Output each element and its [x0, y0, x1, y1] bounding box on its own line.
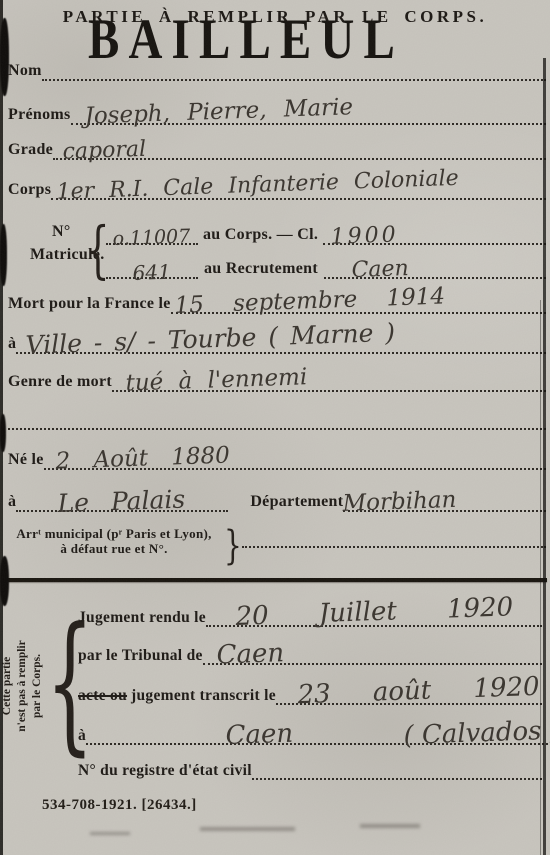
mort-lieu-line: Ville - s/ - Tourbe ( Marne ) — [16, 330, 546, 355]
tribunal-row: par le Tribunal de Caen — [78, 633, 542, 665]
mort-lieu-value: Ville - s/ - Tourbe ( Marne ) — [16, 321, 396, 357]
field-row-ne-lieu: à Le Palais Département Morbihan — [8, 480, 546, 512]
continuation-line-row — [8, 400, 546, 430]
smudge — [90, 832, 130, 835]
grade-value: caporal — [52, 140, 146, 163]
tribunal-line: Caen — [203, 640, 542, 665]
arr-row — [242, 518, 546, 548]
field-row-prenoms: Prénoms Joseph, Pierre, Marie — [8, 95, 546, 125]
grade-line: caporal — [53, 138, 546, 160]
jugement-rendu-row: Jugement rendu le 20 Juillet 1920 — [78, 595, 542, 627]
sidebar-note-line1: Cette partie — [0, 610, 15, 762]
classe-line: 1900 — [323, 223, 546, 245]
nom-line — [42, 71, 546, 81]
field-row-mort: Mort pour la France le 15 septembre 1914 — [8, 284, 546, 314]
transcrit-lieu-row: à Caen ( Calvados ) — [78, 713, 542, 745]
ne-lieu-value: Le Palais — [58, 488, 186, 515]
matricule-recrutement-row: 641 au Recrutement Caen — [106, 249, 546, 279]
scan-blob — [0, 414, 6, 452]
ne-date-value: 2 Août 1880 — [43, 446, 230, 473]
classe-value: 1900 — [322, 226, 399, 248]
jugement-rendu-value: 20 Juillet 1920 — [205, 596, 513, 630]
smudge — [360, 824, 420, 828]
jugement-rendu-line: 20 Juillet 1920 — [206, 602, 542, 627]
matricule-corps-value: o.11007 — [113, 228, 191, 248]
matricule-label-no: N° — [52, 224, 71, 242]
arr-label-line2: à défaut rue et N°. — [8, 542, 220, 557]
registre-line — [252, 770, 542, 780]
prenoms-value: Joseph, Pierre, Marie — [70, 97, 353, 128]
matricule-corps-row: o.11007 au Corps. — Cl. 1900 — [106, 215, 546, 245]
arr-label-line1: Arrᵗ municipal (pʳ Paris et Lyon), — [8, 527, 220, 542]
transcrit-row: acte ou jugement transcrit le 23 août 19… — [78, 673, 542, 705]
departement-line: Morbihan — [343, 489, 546, 512]
field-row-grade: Grade caporal — [8, 130, 546, 160]
transcrit-dept-value: ( Calvados ) — [403, 719, 550, 748]
transcrit-value: 23 août 1920 — [275, 675, 540, 708]
matricule-corps-line: o.11007 — [106, 226, 198, 245]
arr-brace: } — [224, 524, 242, 568]
recrutement-value: Caen — [323, 259, 409, 282]
au-corps-label: au Corps. — Cl. — [203, 227, 318, 245]
transcrit-label: jugement transcrit le — [131, 688, 276, 705]
corps-label: Corps — [8, 182, 51, 200]
arr-label-block: Arrᵗ municipal (pʳ Paris et Lyon), à déf… — [8, 527, 220, 556]
recrutement-line: Caen — [324, 257, 546, 279]
transcrit-lieu-line: Caen ( Calvados ) — [86, 720, 550, 745]
tribunal-label: par le Tribunal de — [78, 648, 203, 665]
matricule-recrutement-value: 641 — [132, 263, 171, 282]
ne-lieu-line: Le Palais — [16, 488, 228, 513]
corps-line: 1er R.I. Cale Infanterie Coloniale — [51, 178, 546, 200]
continuation-line — [8, 420, 546, 430]
corps-value: 1er R.I. Cale Infanterie Coloniale — [51, 169, 460, 203]
transcrit-struck-label: acte ou — [78, 688, 127, 705]
ne-label: Né le — [8, 452, 44, 470]
smudge — [200, 827, 295, 831]
section-divider — [8, 578, 547, 582]
ne-line: 2 Août 1880 — [44, 447, 546, 470]
prenoms-line: Joseph, Pierre, Marie — [71, 102, 546, 125]
field-row-genre: Genre de mort tué à l'ennemi — [8, 362, 546, 392]
nom-value: BAILLEUL — [88, 11, 404, 69]
genre-value: tué à l'ennemi — [111, 367, 307, 395]
transcrit-line: 23 août 1920 — [276, 680, 542, 705]
prenoms-label: Prénoms — [8, 107, 71, 125]
departement-label: Département — [250, 494, 343, 512]
tribunal-value: Caen — [202, 642, 284, 668]
sidebar-note-line2: n'est pas à remplir — [15, 610, 30, 762]
matricule-recrutement-line: 641 — [106, 259, 198, 279]
registre-row: N° du registre d'état civil — [78, 750, 542, 780]
registre-label: N° du registre d'état civil — [78, 763, 252, 780]
mort-date-value: 15 septembre 1914 — [170, 287, 445, 317]
field-row-ne: Né le 2 Août 1880 — [8, 440, 546, 470]
mort-line: 15 septembre 1914 — [171, 291, 546, 314]
nom-label: Nom — [8, 63, 42, 81]
arr-line — [242, 538, 546, 548]
mort-label: Mort pour la France le — [8, 296, 171, 314]
scan-blob — [0, 224, 7, 286]
print-code: 534-708-1921. [26434.] — [42, 797, 197, 814]
sidebar-note-line3: par le Corps. — [30, 610, 45, 762]
ne-a-label: à — [8, 494, 16, 512]
transcrit-lieu-value: Caen — [225, 722, 293, 748]
record-card: PARTIE À REMPLIR PAR LE CORPS. Nom BAILL… — [0, 0, 550, 855]
grade-label: Grade — [8, 142, 53, 160]
departement-value: Morbihan — [339, 490, 457, 515]
field-row-corps: Corps 1er R.I. Cale Infanterie Coloniale — [8, 170, 546, 200]
transcrit-a-label: à — [78, 728, 86, 745]
field-row-mort-lieu: à Ville - s/ - Tourbe ( Marne ) — [8, 322, 546, 354]
genre-label: Genre de mort — [8, 374, 112, 392]
genre-line: tué à l'ennemi — [112, 369, 546, 392]
au-recrutement-label: au Recrutement — [204, 261, 318, 279]
jugement-rendu-label: Jugement rendu le — [78, 610, 206, 627]
